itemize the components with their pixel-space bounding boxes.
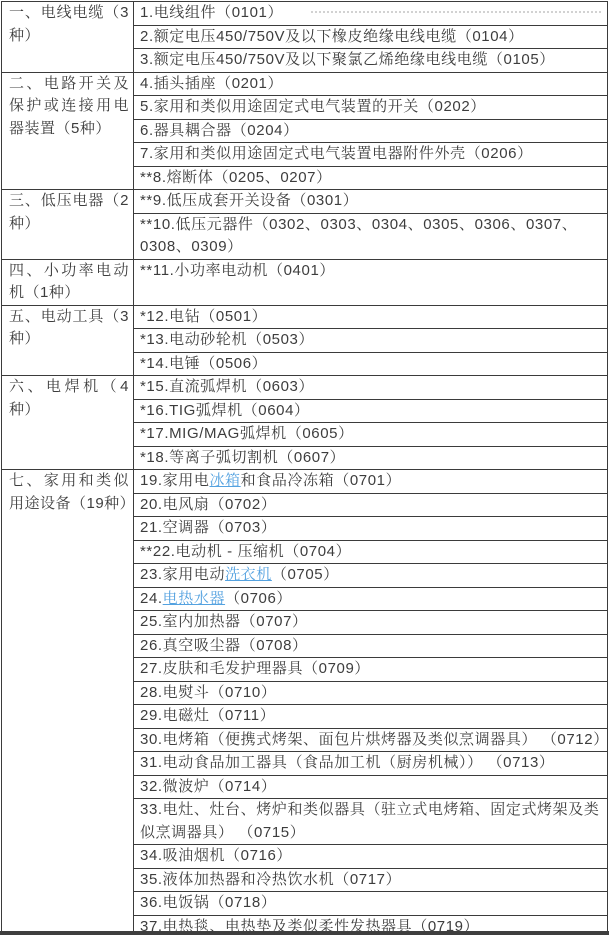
category-cell: 五、电动工具（3种）: [2, 305, 134, 376]
product-text: 4.插头插座（0201）: [140, 75, 283, 92]
product-item-cell: *17.MIG/MAG弧焊机（0605）: [134, 423, 608, 447]
table-row: 二、电路开关及保护或连接用电器装置（5种）4.插头插座（0201）: [2, 72, 608, 96]
product-text: *12.电钻（0501）: [140, 308, 267, 325]
product-item-cell: **11.小功率电动机（0401）: [134, 259, 608, 305]
product-item-cell: 20.电风扇（0702）: [134, 493, 608, 517]
product-item-cell: 3.额定电压450/750V及以下聚氯乙烯绝缘电线电缆（0105）: [134, 49, 608, 73]
product-link[interactable]: 电热水器: [163, 590, 225, 607]
product-text: 6.器具耦合器（0204）: [140, 122, 299, 139]
product-text: 33.电灶、灶台、烤炉和类似器具（驻立式电烤箱、固定式烤架及类似烹调器具） （0…: [140, 801, 599, 841]
table-row: 一、电线电缆（3种）1.电线组件（0101）: [2, 2, 608, 26]
product-item-cell: 35.液体加热器和冷热饮水机（0717）: [134, 868, 608, 892]
product-text: 36.电饭锅（0718）: [140, 894, 276, 911]
product-text: （0705）: [272, 566, 339, 583]
product-text: 29.电磁灶（0711）: [140, 707, 275, 724]
product-text: *16.TIG弧焊机（0604）: [140, 402, 310, 419]
product-item-cell: 19.家用电冰箱和食品冷冻箱（0701）: [134, 470, 608, 494]
product-text: **22.电动机 - 压缩机（0704）: [140, 543, 351, 560]
page: 一、电线电缆（3种）1.电线组件（0101）2.额定电压450/750V及以下橡…: [0, 0, 609, 935]
product-text: 21.空调器（0703）: [140, 519, 276, 536]
product-item-cell: 1.电线组件（0101）: [134, 2, 608, 26]
product-item-cell: *16.TIG弧焊机（0604）: [134, 399, 608, 423]
product-item-cell: **8.熔断体（0205、0207）: [134, 166, 608, 190]
product-item-cell: 23.家用电动洗衣机（0705）: [134, 564, 608, 588]
product-item-cell: *18.等离子弧切割机（0607）: [134, 446, 608, 470]
product-text: *14.电锤（0506）: [140, 355, 267, 372]
table-row: 三、低压电器（2种）**9.低压成套开关设备（0301）: [2, 190, 608, 214]
product-item-cell: 2.额定电压450/750V及以下橡皮绝缘电线电缆（0104）: [134, 25, 608, 49]
product-text: *17.MIG/MAG弧焊机（0605）: [140, 425, 354, 442]
category-cell: 六、电焊机（4种）: [2, 376, 134, 470]
product-item-cell: *15.直流弧焊机（0603）: [134, 376, 608, 400]
product-item-cell: 33.电灶、灶台、烤炉和类似器具（驻立式电烤箱、固定式烤架及类似烹调器具） （0…: [134, 799, 608, 845]
product-item-cell: 21.空调器（0703）: [134, 517, 608, 541]
product-item-cell: 6.器具耦合器（0204）: [134, 119, 608, 143]
product-text: 3.额定电压450/750V及以下聚氯乙烯绝缘电线电缆（0105）: [140, 51, 555, 68]
dotted-leader-line: [311, 11, 601, 13]
product-text: *18.等离子弧切割机（0607）: [140, 449, 345, 466]
product-item-cell: 24.电热水器（0706）: [134, 587, 608, 611]
product-text: 35.液体加热器和冷热饮水机（0717）: [140, 871, 401, 888]
product-text: *15.直流弧焊机（0603）: [140, 378, 314, 395]
product-text: 20.电风扇（0702）: [140, 496, 276, 513]
product-item-cell: **22.电动机 - 压缩机（0704）: [134, 540, 608, 564]
bottom-crop-edge: [0, 931, 609, 935]
product-item-cell: 7.家用和类似用途固定式电气装置电器附件外壳（0206）: [134, 143, 608, 167]
ccc-product-catalog-table: 一、电线电缆（3种）1.电线组件（0101）2.额定电压450/750V及以下橡…: [1, 1, 608, 935]
product-text: 1.电线组件（0101）: [140, 4, 283, 21]
product-text: 25.室内加热器（0707）: [140, 613, 308, 630]
category-cell: 七、家用和类似用途设备（19种）: [2, 470, 134, 935]
product-text: **8.熔断体（0205、0207）: [140, 169, 332, 186]
product-item-cell: 31.电动食品加工器具（食品加工机（厨房机械）） （0713）: [134, 752, 608, 776]
product-text: 30.电烤箱（便携式烤架、面包片烘烤器及类似烹调器具） （0712）: [140, 731, 609, 748]
product-item-cell: 27.皮肤和毛发护理器具（0709）: [134, 658, 608, 682]
table-row: 四、小功率电动机（1种）**11.小功率电动机（0401）: [2, 259, 608, 305]
product-text: （0706）: [225, 590, 292, 607]
product-item-cell: **10.低压元器件（0302、0303、0304、0305、0306、0307…: [134, 213, 608, 259]
product-text: 24.: [140, 590, 163, 607]
product-item-cell: **9.低压成套开关设备（0301）: [134, 190, 608, 214]
category-cell: 二、电路开关及保护或连接用电器装置（5种）: [2, 72, 134, 190]
product-text: 和食品冷冻箱（0701）: [241, 472, 402, 489]
product-text: *13.电动砂轮机（0503）: [140, 331, 314, 348]
product-item-cell: 30.电烤箱（便携式烤架、面包片烘烤器及类似烹调器具） （0712）: [134, 728, 608, 752]
product-item-cell: 5.家用和类似用途固定式电气装置的开关（0202）: [134, 96, 608, 120]
product-item-cell: *13.电动砂轮机（0503）: [134, 329, 608, 353]
product-link[interactable]: 洗衣机: [225, 566, 272, 583]
category-cell: 三、低压电器（2种）: [2, 190, 134, 260]
table-row: 七、家用和类似用途设备（19种）19.家用电冰箱和食品冷冻箱（0701）: [2, 470, 608, 494]
product-link[interactable]: 冰箱: [209, 472, 240, 489]
product-item-cell: *14.电锤（0506）: [134, 352, 608, 376]
category-cell: 一、电线电缆（3种）: [2, 2, 134, 73]
category-cell: 四、小功率电动机（1种）: [2, 259, 134, 305]
table-row: 五、电动工具（3种）*12.电钻（0501）: [2, 305, 608, 329]
product-text: 31.电动食品加工器具（食品加工机（厨房机械）） （0713）: [140, 754, 555, 771]
table-row: 六、电焊机（4种）*15.直流弧焊机（0603）: [2, 376, 608, 400]
product-text: **10.低压元器件（0302、0303、0304、0305、0306、0307…: [140, 216, 577, 256]
product-text: 34.吸油烟机（0716）: [140, 847, 292, 864]
product-text: 27.皮肤和毛发护理器具（0709）: [140, 660, 370, 677]
catalog-table-body: 一、电线电缆（3种）1.电线组件（0101）2.额定电压450/750V及以下橡…: [2, 2, 608, 935]
product-text: **11.小功率电动机（0401）: [140, 262, 335, 279]
product-text: 28.电熨斗（0710）: [140, 684, 276, 701]
product-item-cell: 32.微波炉（0714）: [134, 775, 608, 799]
product-item-cell: 29.电磁灶（0711）: [134, 705, 608, 729]
product-text: **9.低压成套开关设备（0301）: [140, 192, 358, 209]
product-text: 7.家用和类似用途固定式电气装置电器附件外壳（0206）: [140, 145, 533, 162]
product-item-cell: 36.电饭锅（0718）: [134, 892, 608, 916]
product-text: 23.家用电动: [140, 566, 225, 583]
product-item-cell: 34.吸油烟机（0716）: [134, 845, 608, 869]
product-text: 2.额定电压450/750V及以下橡皮绝缘电线电缆（0104）: [140, 28, 524, 45]
product-text: 5.家用和类似用途固定式电气装置的开关（0202）: [140, 98, 486, 115]
product-text: 19.家用电: [140, 472, 209, 489]
product-item-cell: 25.室内加热器（0707）: [134, 611, 608, 635]
product-item-cell: 28.电熨斗（0710）: [134, 681, 608, 705]
product-item-cell: 26.真空吸尘器（0708）: [134, 634, 608, 658]
product-text: 26.真空吸尘器（0708）: [140, 637, 308, 654]
product-text: 32.微波炉（0714）: [140, 778, 276, 795]
product-item-cell: *12.电钻（0501）: [134, 305, 608, 329]
product-item-cell: 4.插头插座（0201）: [134, 72, 608, 96]
